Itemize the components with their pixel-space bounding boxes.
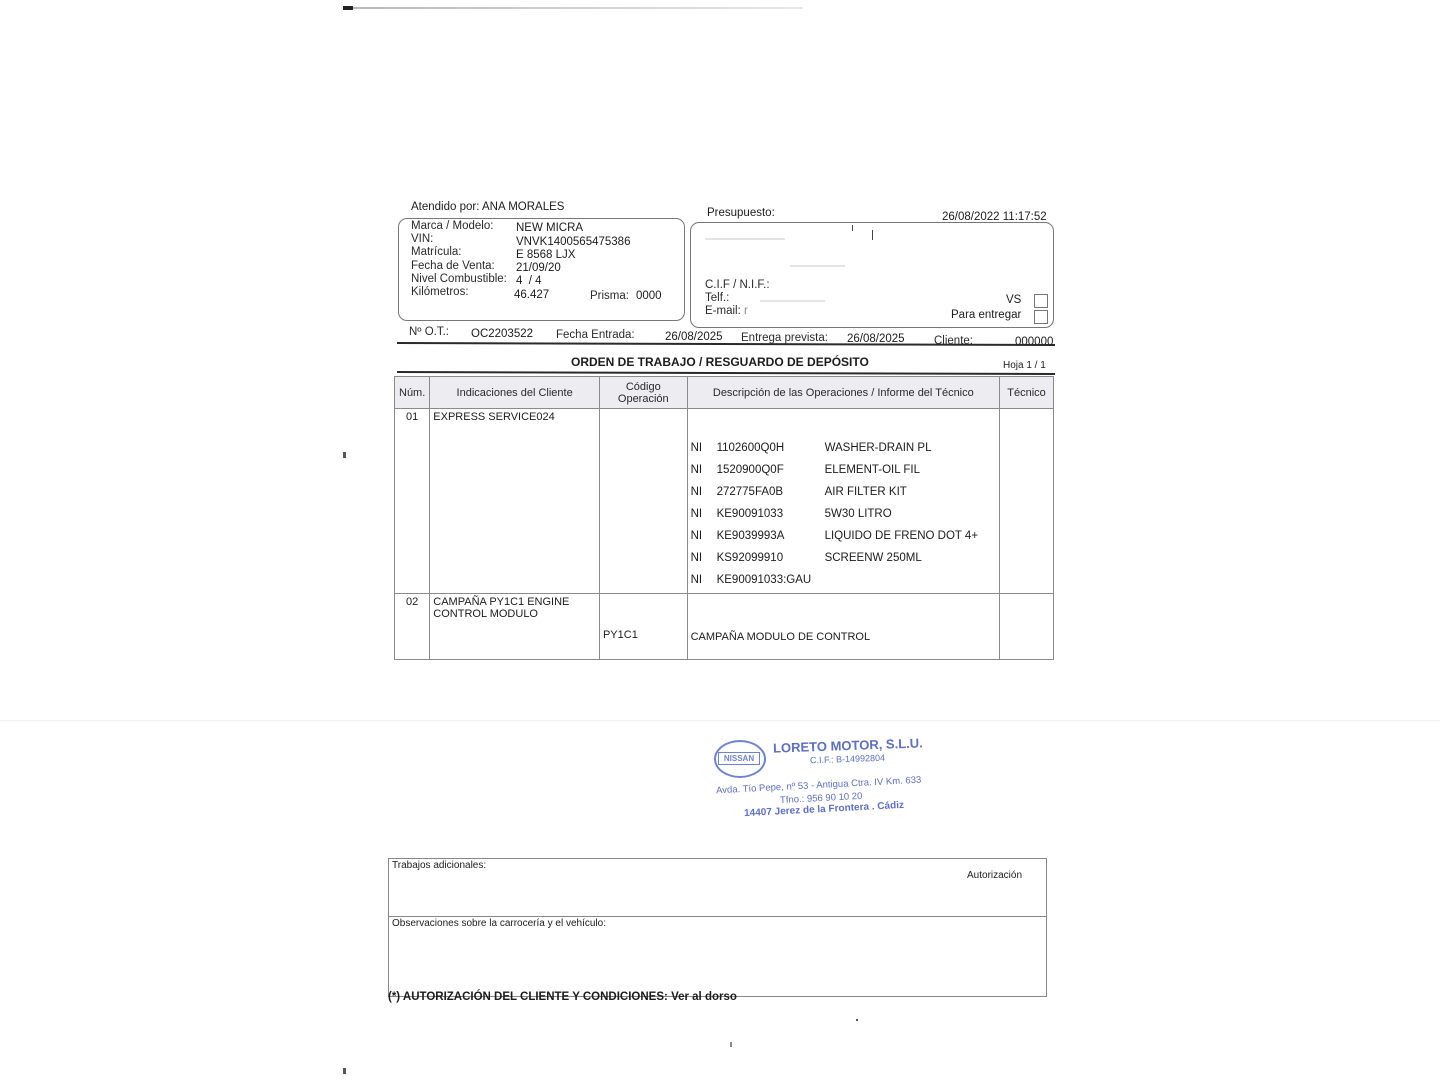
brand-model-value: NEW MICRA bbox=[516, 222, 583, 234]
scan-speck bbox=[856, 1019, 858, 1021]
part-line: NI272775FA0BAIR FILTER KIT bbox=[691, 481, 996, 503]
part-line: NIKE90091033:GAU bbox=[691, 569, 996, 591]
to-deliver-checkbox[interactable] bbox=[1034, 310, 1048, 324]
additional-work-label: Trabajos adicionales: bbox=[392, 860, 486, 871]
ot-number: OC2203522 bbox=[471, 328, 533, 340]
redacted-client-name bbox=[705, 238, 785, 240]
email-value: r bbox=[744, 305, 748, 317]
redacted-address bbox=[790, 265, 845, 267]
scan-tick bbox=[852, 225, 853, 231]
scan-fold-line bbox=[0, 720, 1440, 721]
authorization-label: Autorización bbox=[967, 870, 1022, 881]
plate-value: E 8568 LJX bbox=[516, 249, 575, 261]
budget-label: Presupuesto: bbox=[707, 207, 775, 219]
part-line: NI1102600Q0HWASHER-DRAIN PL bbox=[691, 437, 996, 459]
conditions-note: (*) AUTORIZACIÓN DEL CLIENTE Y CONDICION… bbox=[388, 991, 737, 1003]
sale-date-label: Fecha de Venta: bbox=[411, 260, 495, 272]
scan-edge-line bbox=[343, 7, 803, 9]
prism-label: Prisma: bbox=[590, 290, 629, 302]
part-line: NI1520900Q0FELEMENT-OIL FIL bbox=[691, 459, 996, 481]
redacted-phone bbox=[760, 300, 825, 302]
scan-margin-mark bbox=[343, 1068, 346, 1074]
entry-date: 26/08/2025 bbox=[665, 331, 723, 343]
km-value: 46.427 bbox=[514, 289, 549, 301]
row-code: PY1C1 bbox=[599, 594, 687, 660]
row-description: NI1102600Q0HWASHER-DRAIN PL NI1520900Q0F… bbox=[687, 409, 999, 594]
prism-value: 0000 bbox=[636, 290, 662, 302]
stamp-company: LORETO MOTOR, S.L.U. bbox=[773, 735, 923, 755]
table-row: 02 CAMPAÑA PY1C1 ENGINE CONTROL MODULO P… bbox=[395, 594, 1054, 660]
phone-label: Telf.: bbox=[705, 292, 729, 304]
part-line: NIKE900910335W30 LITRO bbox=[691, 503, 996, 525]
to-deliver-label: Para entregar bbox=[951, 309, 1021, 321]
col-header-technician: Técnico bbox=[1000, 377, 1054, 409]
col-header-description: Descripción de las Operaciones / Informe… bbox=[687, 377, 999, 409]
observations-label: Observaciones sobre la carrocería y el v… bbox=[392, 918, 606, 929]
table-row: 01 EXPRESS SERVICE024 NI1102600Q0HWASHER… bbox=[395, 409, 1054, 594]
client-number: 000000 bbox=[1015, 336, 1053, 348]
row-indication: EXPRESS SERVICE024 bbox=[430, 409, 600, 594]
vs-label: VS bbox=[1006, 294, 1021, 306]
attended-by-value: ANA MORALES bbox=[482, 201, 564, 213]
row-code bbox=[599, 409, 687, 594]
fuel-label: Nivel Combustible: bbox=[411, 273, 507, 285]
km-label: Kilómetros: bbox=[411, 286, 469, 298]
operations-table: Núm. Indicaciones del Cliente Código Ope… bbox=[394, 376, 1054, 660]
row-technician bbox=[1000, 594, 1054, 660]
row-num: 01 bbox=[395, 409, 430, 594]
plate-label: Matrícula: bbox=[411, 246, 462, 258]
stamp-cif: C.I.F.: B-14992804 bbox=[810, 753, 885, 766]
sale-date-value: 21/09/20 bbox=[516, 262, 561, 274]
part-line: NIKE9039993ALIQUIDO DE FRENO DOT 4+ bbox=[691, 525, 996, 547]
fuel-value: 4 / 4 bbox=[516, 275, 542, 287]
title-rule bbox=[397, 371, 1055, 375]
col-header-num: Núm. bbox=[395, 377, 430, 409]
row-num: 02 bbox=[395, 594, 430, 660]
col-header-indications: Indicaciones del Cliente bbox=[430, 377, 600, 409]
nissan-logo-icon: NISSAN bbox=[714, 740, 766, 778]
document-title: ORDEN DE TRABAJO / RESGUARDO DE DEPÓSITO bbox=[571, 355, 869, 369]
email-row: E-mail: r bbox=[705, 305, 748, 317]
row-indication: CAMPAÑA PY1C1 ENGINE CONTROL MODULO bbox=[430, 594, 600, 660]
attended-by-label: Atendido por: bbox=[411, 201, 479, 213]
remarks-divider bbox=[389, 916, 1046, 917]
page-indicator: Hoja 1 / 1 bbox=[1003, 360, 1046, 371]
vs-checkbox[interactable] bbox=[1034, 294, 1048, 308]
scan-tick bbox=[872, 230, 873, 240]
scan-corner-mark bbox=[343, 6, 353, 10]
ot-label: Nº O.T.: bbox=[409, 326, 449, 338]
row-description: CAMPAÑA MODULO DE CONTROL bbox=[687, 594, 999, 660]
vin-label: VIN: bbox=[411, 233, 433, 245]
part-line: NIKS92099910SCREENW 250ML bbox=[691, 547, 996, 569]
scan-speck bbox=[730, 1042, 732, 1047]
entry-date-label: Fecha Entrada: bbox=[556, 329, 635, 341]
cif-label: C.I.F / N.I.F.: bbox=[705, 279, 770, 291]
row-technician bbox=[1000, 409, 1054, 594]
email-label: E-mail: bbox=[705, 305, 741, 317]
col-header-code: Código Operación bbox=[599, 377, 687, 409]
scan-margin-mark bbox=[343, 452, 346, 458]
attended-by: Atendido por: ANA MORALES bbox=[411, 201, 564, 213]
vin-value: VNVK1400565475386 bbox=[516, 236, 630, 248]
brand-model-label: Marca / Modelo: bbox=[411, 220, 493, 232]
